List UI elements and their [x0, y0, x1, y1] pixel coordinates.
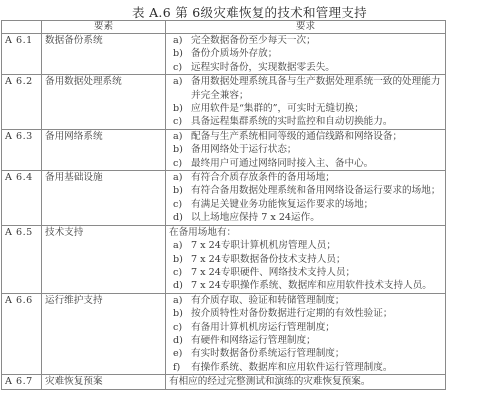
- item-text: 最终用户可通过网络同时接入主、备中心。: [191, 157, 442, 170]
- table-title: 表 A.6 第 6级灾难恢复的技术和管理支持: [0, 3, 499, 21]
- item-text: 具备远程集群系统的实时监控和自动切换能力。: [191, 115, 442, 128]
- row-code: A 6.5: [2, 225, 42, 293]
- requirements-table: 要素 要求 A 6.1数据备份系统a)完全数据备份至少每天一次；b)备份介质场外…: [1, 20, 446, 390]
- item-text: 备用数据处理系统具备与生产数据处理系统一致的处理能力并完全兼容；: [191, 75, 442, 102]
- row-element: 备用数据处理系统: [42, 75, 166, 130]
- row-code: A 6.7: [2, 375, 42, 389]
- item-marker: b): [169, 47, 191, 60]
- row-requirements: a)有符合介质存放条件的备用场地；b)有符合备用数据处理系统和备用网络设备运行要…: [166, 171, 446, 226]
- item-text: 7 x 24专职硬件、网络技术支持人员；: [191, 266, 442, 279]
- header-code: [2, 21, 42, 34]
- header-element: 要素: [42, 21, 166, 34]
- header-requirement: 要求: [166, 21, 446, 34]
- table-row: A 6.3备用网络系统a)配备与生产系统相同等级的通信线路和网络设备；b)备用网…: [2, 129, 446, 170]
- item-marker: b): [169, 143, 191, 156]
- row-code: A 6.3: [2, 129, 42, 170]
- row-element: 灾难恢复预案: [42, 375, 166, 389]
- requirement-item: c)有备用计算机机房运行管理制度；: [169, 321, 442, 334]
- item-marker: c): [169, 321, 191, 334]
- item-text: 远程实时备份，实现数据零丢失。: [191, 61, 442, 74]
- item-marker: b): [169, 184, 191, 197]
- item-marker: c): [169, 266, 191, 279]
- item-marker: a): [169, 171, 191, 184]
- row-element: 运行维护支持: [42, 293, 166, 374]
- row-requirements: a)有介质存取、验证和转储管理制度；b)按介质特性对备份数据进行定期的有效性验证…: [166, 293, 446, 374]
- requirement-item: c)远程实时备份，实现数据零丢失。: [169, 61, 442, 74]
- row-element: 技术支持: [42, 225, 166, 293]
- item-marker: c): [169, 157, 191, 170]
- row-requirements: a)配备与生产系统相同等级的通信线路和网络设备；b)备用网络处于运行状态；c)最…: [166, 129, 446, 170]
- row-code: A 6.4: [2, 171, 42, 226]
- item-marker: d): [169, 279, 191, 292]
- requirement-item: a)7 x 24专职计算机机房管理人员；: [169, 239, 442, 252]
- table-row: A 6.5技术支持在备用场地有：a)7 x 24专职计算机机房管理人员；b)7 …: [2, 225, 446, 293]
- item-marker: f): [169, 361, 191, 374]
- item-marker: a): [169, 294, 191, 307]
- requirement-item: c)最终用户可通过网络同时接入主、备中心。: [169, 157, 442, 170]
- requirement-item: a)备用数据处理系统具备与生产数据处理系统一致的处理能力并完全兼容；: [169, 75, 442, 102]
- item-marker: c): [169, 198, 191, 211]
- requirement-item: d)7 x 24专职操作系统、数据库和应用软件技术支持人员。: [169, 279, 442, 292]
- row-element: 备用基础设施: [42, 171, 166, 226]
- item-marker: d): [169, 211, 191, 224]
- item-text: 配备与生产系统相同等级的通信线路和网络设备；: [191, 130, 442, 143]
- row-code: A 6.2: [2, 75, 42, 130]
- requirement-intro: 在备用场地有：: [169, 226, 442, 239]
- table-header-row: 要素 要求: [2, 21, 446, 34]
- row-requirements: 在备用场地有：a)7 x 24专职计算机机房管理人员；b)7 x 24专职数据备…: [166, 225, 446, 293]
- row-code: A 6.6: [2, 293, 42, 374]
- table-row: A 6.1数据备份系统a)完全数据备份至少每天一次；b)备份介质场外存放；c)远…: [2, 34, 446, 75]
- item-text: 有介质存取、验证和转储管理制度；: [191, 294, 442, 307]
- requirement-item: b)按介质特性对备份数据进行定期的有效性验证；: [169, 307, 442, 320]
- row-element: 备用网络系统: [42, 129, 166, 170]
- item-marker: a): [169, 75, 191, 102]
- item-marker: a): [169, 239, 191, 252]
- item-text: 应用软件是“集群的”，可实时无缝切换；: [191, 102, 442, 115]
- requirement-item: c)7 x 24专职硬件、网络技术支持人员；: [169, 266, 442, 279]
- requirement-item: b)备份介质场外存放；: [169, 47, 442, 60]
- requirement-item: a)有介质存取、验证和转储管理制度；: [169, 294, 442, 307]
- item-marker: d): [169, 334, 191, 347]
- item-text: 有硬件和网络运行管理制度；: [191, 334, 442, 347]
- item-text: 7 x 24专职操作系统、数据库和应用软件技术支持人员。: [191, 279, 442, 292]
- requirement-item: d)以上场地应保持 7 x 24运作。: [169, 211, 442, 224]
- requirement-item: f)有操作系统、数据库和应用软件运行管理制度。: [169, 361, 442, 374]
- requirement-item: a)完全数据备份至少每天一次；: [169, 34, 442, 47]
- item-marker: b): [169, 307, 191, 320]
- requirement-intro: 有相应的经过完整测试和演练的灾难恢复预案。: [169, 375, 442, 388]
- item-marker: a): [169, 130, 191, 143]
- table-row: A 6.4备用基础设施a)有符合介质存放条件的备用场地；b)有符合备用数据处理系…: [2, 171, 446, 226]
- item-text: 按介质特性对备份数据进行定期的有效性验证；: [191, 307, 442, 320]
- item-text: 有符合备用数据处理系统和备用网络设备运行要求的场地；: [191, 184, 442, 197]
- row-requirements: a)备用数据处理系统具备与生产数据处理系统一致的处理能力并完全兼容；b)应用软件…: [166, 75, 446, 130]
- requirement-item: b)备用网络处于运行状态；: [169, 143, 442, 156]
- requirement-item: c)有满足关键业务功能恢复运作要求的场地；: [169, 198, 442, 211]
- item-marker: b): [169, 253, 191, 266]
- row-requirements: 有相应的经过完整测试和演练的灾难恢复预案。: [166, 375, 446, 389]
- requirement-item: b)有符合备用数据处理系统和备用网络设备运行要求的场地；: [169, 184, 442, 197]
- requirement-item: e)有实时数据备份系统运行管理制度；: [169, 347, 442, 360]
- item-marker: c): [169, 61, 191, 74]
- row-element: 数据备份系统: [42, 34, 166, 75]
- item-text: 备份介质场外存放；: [191, 47, 442, 60]
- row-code: A 6.1: [2, 34, 42, 75]
- row-requirements: a)完全数据备份至少每天一次；b)备份介质场外存放；c)远程实时备份，实现数据零…: [166, 34, 446, 75]
- item-marker: e): [169, 347, 191, 360]
- item-marker: b): [169, 102, 191, 115]
- item-marker: a): [169, 34, 191, 47]
- item-marker: c): [169, 115, 191, 128]
- table-row: A 6.6运行维护支持a)有介质存取、验证和转储管理制度；b)按介质特性对备份数…: [2, 293, 446, 374]
- requirement-item: c)具备远程集群系统的实时监控和自动切换能力。: [169, 115, 442, 128]
- item-text: 完全数据备份至少每天一次；: [191, 34, 442, 47]
- requirement-item: a)配备与生产系统相同等级的通信线路和网络设备；: [169, 130, 442, 143]
- table-row: A 6.2备用数据处理系统a)备用数据处理系统具备与生产数据处理系统一致的处理能…: [2, 75, 446, 130]
- item-text: 有操作系统、数据库和应用软件运行管理制度。: [191, 361, 442, 374]
- item-text: 7 x 24专职计算机机房管理人员；: [191, 239, 442, 252]
- item-text: 以上场地应保持 7 x 24运作。: [191, 211, 442, 224]
- requirement-item: b)7 x 24专职数据备份技术支持人员；: [169, 253, 442, 266]
- item-text: 7 x 24专职数据备份技术支持人员；: [191, 253, 442, 266]
- item-text: 有符合介质存放条件的备用场地；: [191, 171, 442, 184]
- item-text: 有满足关键业务功能恢复运作要求的场地；: [191, 198, 442, 211]
- item-text: 备用网络处于运行状态；: [191, 143, 442, 156]
- requirement-item: d)有硬件和网络运行管理制度；: [169, 334, 442, 347]
- table-row: A 6.7灾难恢复预案有相应的经过完整测试和演练的灾难恢复预案。: [2, 375, 446, 389]
- item-text: 有备用计算机机房运行管理制度；: [191, 321, 442, 334]
- requirement-item: a)有符合介质存放条件的备用场地；: [169, 171, 442, 184]
- requirement-item: b)应用软件是“集群的”，可实时无缝切换；: [169, 102, 442, 115]
- item-text: 有实时数据备份系统运行管理制度；: [191, 347, 442, 360]
